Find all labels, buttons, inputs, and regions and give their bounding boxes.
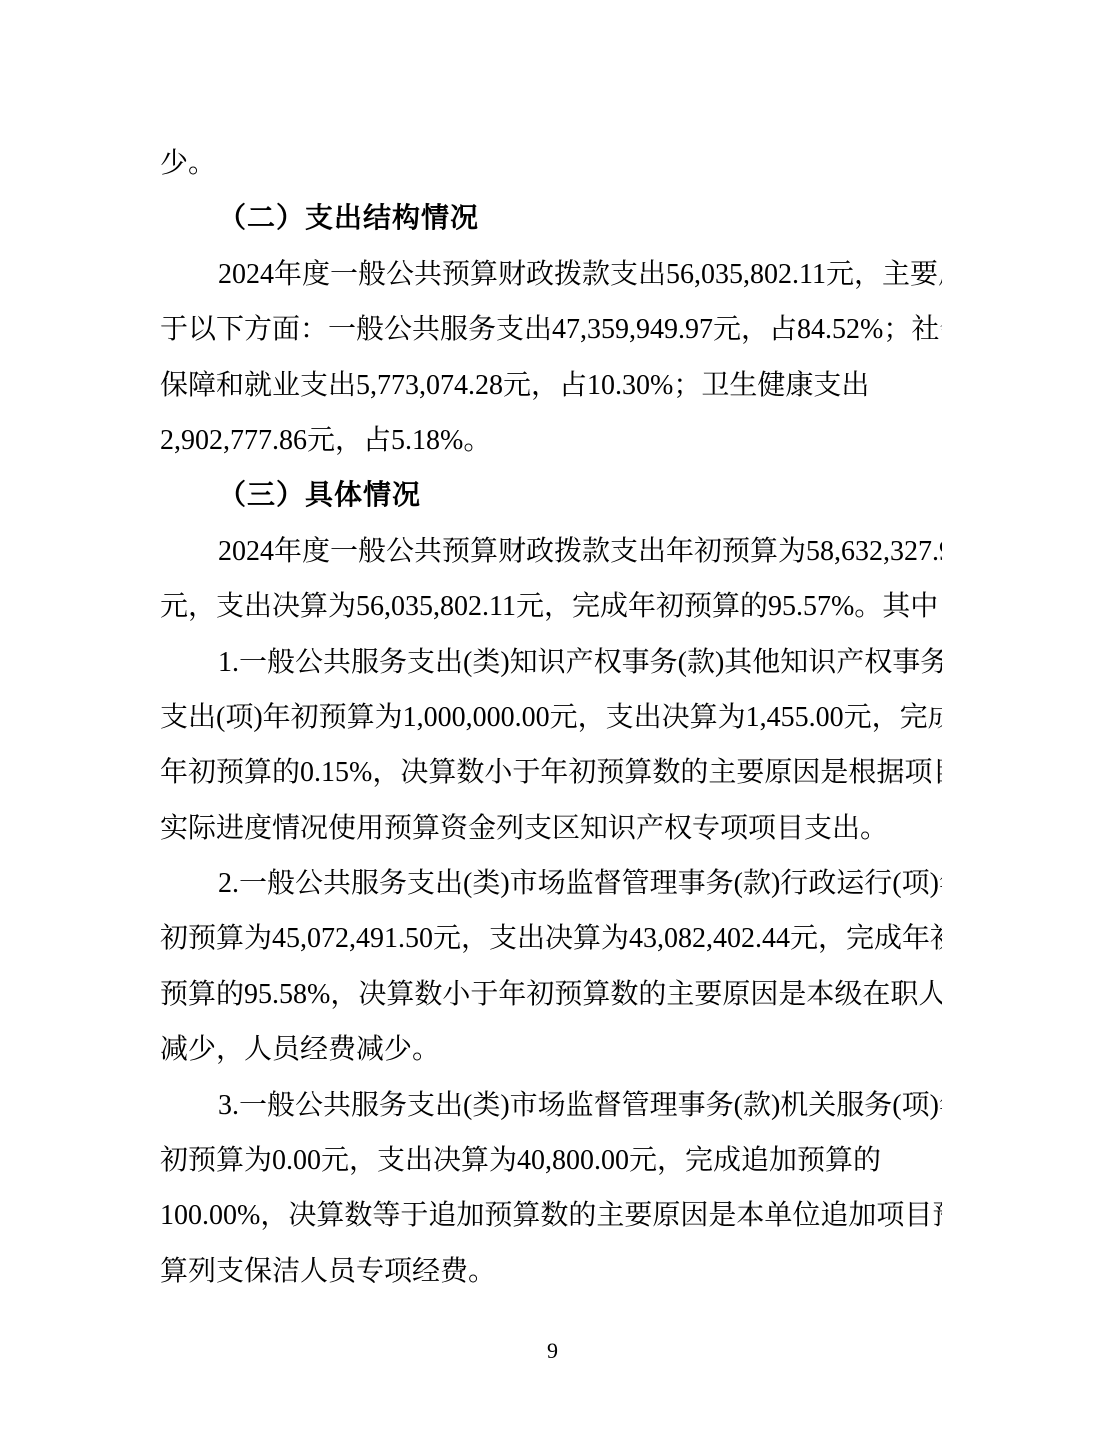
text-line: 年初预算的0.15%，决算数小于年初预算数的主要原因是根据项目: [160, 745, 942, 800]
text-line: 2024年度一般公共预算财政拨款支出56,035,802.11元，主要用: [160, 247, 942, 302]
section-heading-details: （三）具体情况: [160, 468, 942, 523]
text-line: 元，支出决算为56,035,802.11元，完成年初预算的95.57%。其中：: [160, 579, 942, 634]
text-line-item3: 3.一般公共服务支出(类)市场监督管理事务(款)机关服务(项)年: [160, 1078, 942, 1133]
text-line: 保障和就业支出5,773,074.28元，占10.30%；卫生健康支出: [160, 358, 942, 413]
text-line-item1: 1.一般公共服务支出(类)知识产权事务(款)其他知识产权事务: [160, 635, 942, 690]
text-line: 支出(项)年初预算为1,000,000.00元，支出决算为1,455.00元，完…: [160, 690, 942, 745]
carryover-text-line: 少。: [160, 136, 942, 191]
text-line: 减少，人员经费减少。: [160, 1022, 942, 1077]
text-line: 2,902,777.86元，占5.18%。: [160, 413, 942, 468]
document-page: 少。 （二）支出结构情况 2024年度一般公共预算财政拨款支出56,035,80…: [0, 0, 1105, 1430]
document-text: 少。 （二）支出结构情况 2024年度一般公共预算财政拨款支出56,035,80…: [160, 136, 942, 1299]
text-line: 初预算为0.00元，支出决算为40,800.00元，完成追加预算的: [160, 1133, 942, 1188]
text-line: 实际进度情况使用预算资金列支区知识产权专项项目支出。: [160, 801, 942, 856]
text-line: 预算的95.58%，决算数小于年初预算数的主要原因是本级在职人员: [160, 967, 942, 1022]
text-line: 于以下方面：一般公共服务支出47,359,949.97元，占84.52%；社会: [160, 302, 942, 357]
text-line-item2: 2.一般公共服务支出(类)市场监督管理事务(款)行政运行(项)年: [160, 856, 942, 911]
text-line: 初预算为45,072,491.50元，支出决算为43,082,402.44元，完…: [160, 911, 942, 966]
text-line: 100.00%，决算数等于追加预算数的主要原因是本单位追加项目预: [160, 1188, 942, 1243]
section-heading-expenditure-structure: （二）支出结构情况: [160, 191, 942, 246]
page-number: 9: [0, 1336, 1105, 1366]
text-line: 算列支保洁人员专项经费。: [160, 1244, 942, 1299]
text-line: 2024年度一般公共预算财政拨款支出年初预算为58,632,327.90: [160, 524, 942, 579]
